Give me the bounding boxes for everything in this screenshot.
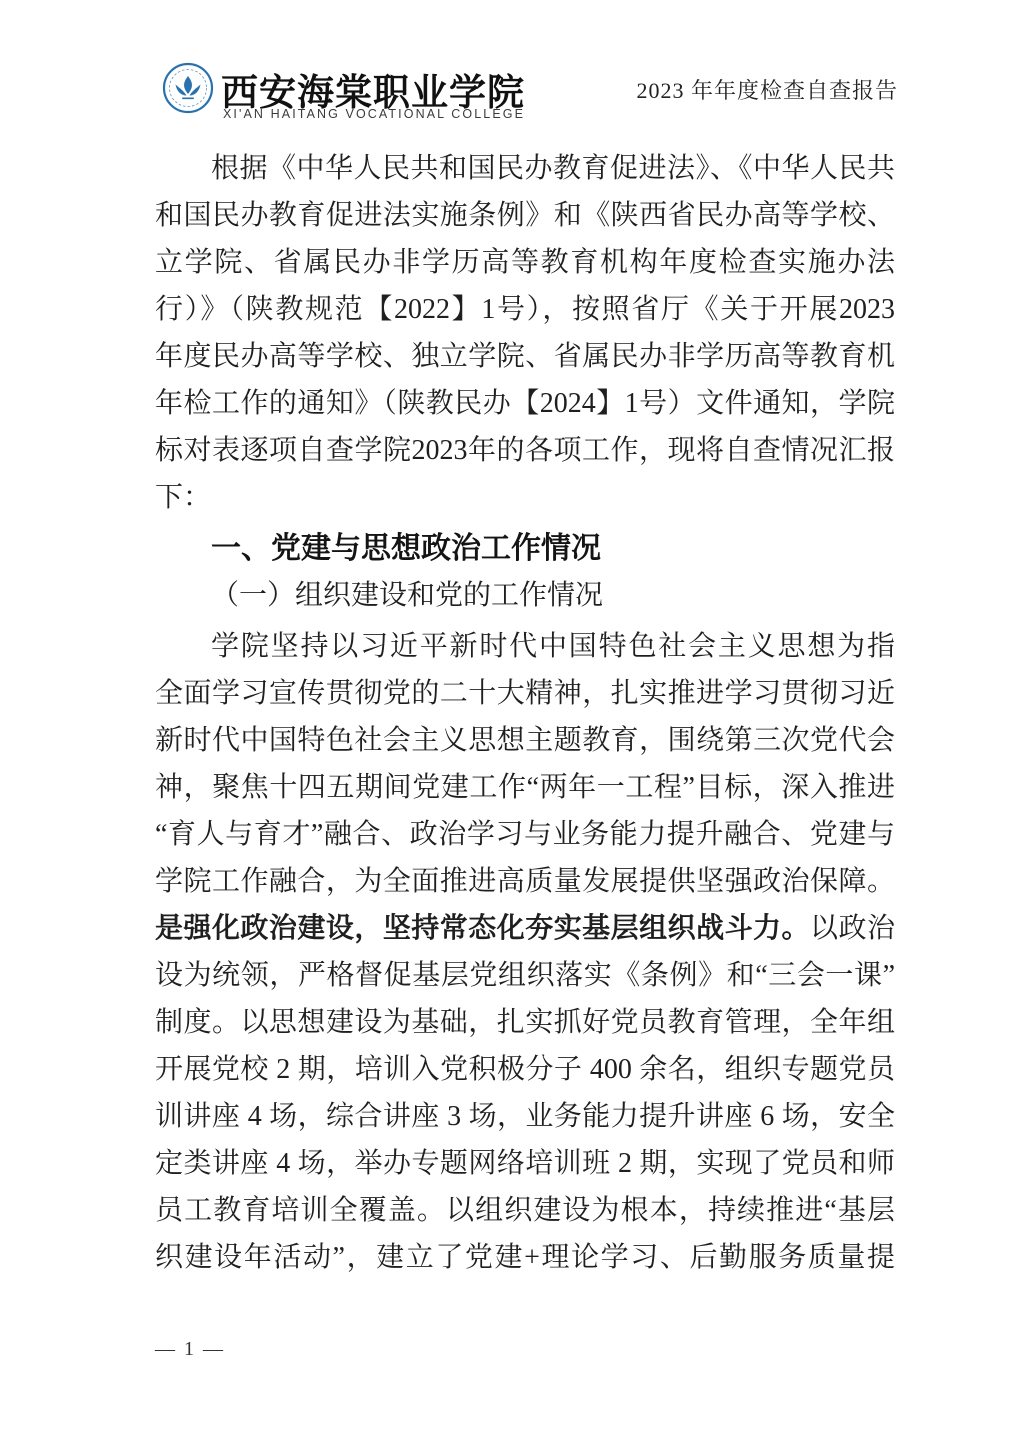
text-run: 学院坚持以习近平新时代中国特色社会主义思想为指导，	[211, 631, 895, 670]
college-seal-icon	[162, 62, 214, 114]
text-run: 神，聚焦十四五期间党建工作“两年一工程”目标，深入推进	[155, 772, 895, 803]
text-run: “育人与育才”融合、政治学习与业务能力提升融合、党建与	[155, 819, 895, 850]
text-line: 设为统领，严格督促基层党组织落实《条例》和“三会一课”	[155, 952, 895, 999]
text-line: 全面学习宣传贯彻党的二十大精神，扎实推进学习贯彻习近平	[155, 670, 895, 717]
text-line: 和国民办教育促进法实施条例》和《陕西省民办高等学校、独	[155, 192, 895, 239]
body-paragraph: 学院坚持以习近平新时代中国特色社会主义思想为指导，全面学习宣传贯彻党的二十大精神…	[155, 623, 895, 1281]
page-header: 西安海棠职业学院 XI'AN HAITANG VOCATIONAL COLLEG…	[0, 0, 1024, 130]
text-run: 行）》（陕教规范【2022】1号），按照省厅《关于开展2023	[155, 294, 895, 325]
section-heading: 一、党建与思想政治工作情况	[155, 525, 895, 572]
text-run: 和国民办教育促进法实施条例》和《陕西省民办高等学校、独	[155, 200, 895, 239]
text-run: 训讲座 4 场，综合讲座 3 场，业务能力提升讲座 6 场，安全稳	[155, 1101, 895, 1140]
text-line: “育人与育才”融合、政治学习与业务能力提升融合、党建与	[155, 811, 895, 858]
text-line: 制度。以思想建设为基础，扎实抓好党员教育管理，全年组织	[155, 999, 895, 1046]
college-name-english: XI'AN HAITANG VOCATIONAL COLLEGE	[223, 107, 525, 121]
text-line: 员工教育培训全覆盖。以组织建设为根本，持续推进“基层组	[155, 1187, 895, 1234]
text-line: 年度民办高等学校、独立学院、省属民办非学历高等教育机构	[155, 333, 895, 380]
text-run: 全面学习宣传贯彻党的二十大精神，扎实推进学习贯彻习近平	[155, 678, 895, 717]
intro-paragraph: 根据《中华人民共和国民办教育促进法》、《中华人民共和国民办教育促进法实施条例》和…	[155, 145, 895, 521]
text-line: 下：	[155, 474, 895, 521]
text-run: 学院工作融合，为全面推进高质量发展提供坚强政治保障。	[155, 866, 895, 897]
text-run: 标对表逐项自查学院2023年的各项工作，现将自查情况汇报如	[155, 435, 895, 474]
text-run: 织建设年活动”，建立了党建+理论学习、后勤服务质量提升、	[155, 1242, 895, 1281]
text-line: 开展党校 2 期，培训入党积极分子 400 余名，组织专题党员培	[155, 1046, 895, 1093]
text-line: 学院工作融合，为全面推进高质量发展提供坚强政治保障。一	[155, 858, 895, 905]
report-title: 2023 年年度检查自查报告	[636, 74, 898, 105]
bold-text-run: 是强化政治建设，坚持常态化夯实基层组织战斗力。	[155, 913, 810, 944]
text-run: 员工教育培训全覆盖。以组织建设为根本，持续推进“基层组	[155, 1195, 895, 1234]
text-line: 年检工作的通知》（陕教民办【2024】1号）文件通知，学院对	[155, 380, 895, 427]
text-line: 行）》（陕教规范【2022】1号），按照省厅《关于开展2023	[155, 286, 895, 333]
text-run: 下：	[155, 482, 211, 513]
text-line: 学院坚持以习近平新时代中国特色社会主义思想为指导，	[155, 623, 895, 670]
text-line: 立学院、省属民办非学历高等教育机构年度检查实施办法（试	[155, 239, 895, 286]
page-footer: — 1 —	[155, 1338, 225, 1361]
text-line: 是强化政治建设，坚持常态化夯实基层组织战斗力。以政治建	[155, 905, 895, 952]
text-run: 年检工作的通知》（陕教民办【2024】1号）文件通知，学院对	[155, 388, 895, 427]
text-run: 定类讲座 4 场，举办专题网络培训班 2 期，实现了党员和师生	[155, 1148, 895, 1187]
section-subheading: （一）组织建设和党的工作情况	[155, 572, 895, 619]
text-run: 立学院、省属民办非学历高等教育机构年度检查实施办法（试	[155, 247, 895, 286]
text-line: 新时代中国特色社会主义思想主题教育，围绕第三次党代会精	[155, 717, 895, 764]
document-page: 西安海棠职业学院 XI'AN HAITANG VOCATIONAL COLLEG…	[0, 0, 1024, 1447]
page-number: — 1 —	[155, 1338, 225, 1360]
text-run: 设为统领，严格督促基层党组织落实《条例》和“三会一课”	[155, 960, 895, 991]
document-body: 根据《中华人民共和国民办教育促进法》、《中华人民共和国民办教育促进法实施条例》和…	[155, 145, 895, 1281]
text-run: 开展党校 2 期，培训入党积极分子 400 余名，组织专题党员培	[155, 1054, 895, 1093]
text-line: 根据《中华人民共和国民办教育促进法》、《中华人民共	[155, 145, 895, 192]
text-run: 根据《中华人民共和国民办教育促进法》、《中华人民共	[211, 153, 895, 184]
text-line: 训讲座 4 场，综合讲座 3 场，业务能力提升讲座 6 场，安全稳	[155, 1093, 895, 1140]
text-run: 制度。以思想建设为基础，扎实抓好党员教育管理，全年组织	[155, 1007, 895, 1046]
text-line: 定类讲座 4 场，举办专题网络培训班 2 期，实现了党员和师生	[155, 1140, 895, 1187]
text-line: 神，聚焦十四五期间党建工作“两年一工程”目标，深入推进	[155, 764, 895, 811]
college-seal-svg	[162, 62, 214, 114]
text-line: 织建设年活动”，建立了党建+理论学习、后勤服务质量提升、	[155, 1234, 895, 1281]
text-run: 新时代中国特色社会主义思想主题教育，围绕第三次党代会精	[155, 725, 895, 764]
text-line: 标对表逐项自查学院2023年的各项工作，现将自查情况汇报如	[155, 427, 895, 474]
text-run: 年度民办高等学校、独立学院、省属民办非学历高等教育机构	[155, 341, 895, 380]
